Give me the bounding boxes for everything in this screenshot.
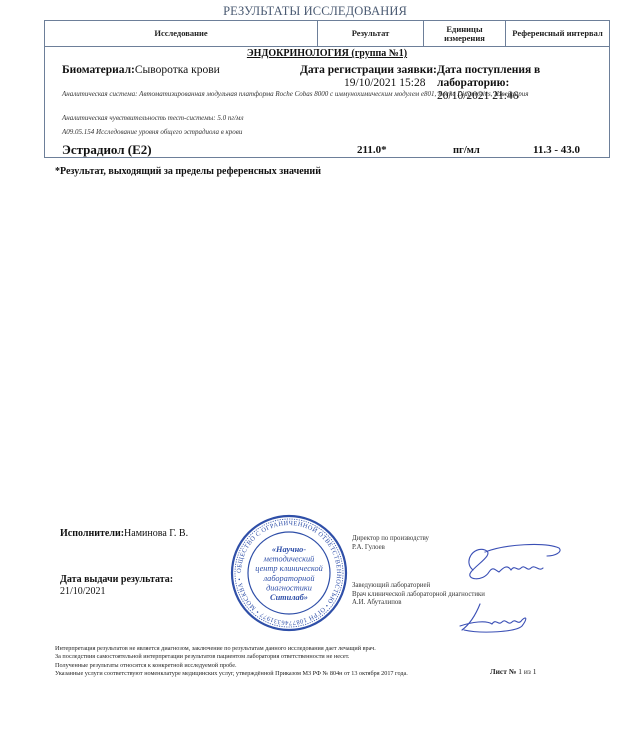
issue-date: Дата выдачи результата: 21/10/2021 <box>60 574 173 598</box>
header-units-line2: измерения <box>444 33 485 43</box>
performer-label: Исполнители: <box>60 528 124 539</box>
stamp-center-line: Ситилаб» <box>270 593 308 602</box>
registration-label: Дата регистрации заявки: <box>300 64 437 77</box>
header-units: Единицыизмерения <box>424 21 506 46</box>
registration-date: Дата регистрации заявки: 19/10/2021 15:2… <box>300 64 437 90</box>
received-label: Дата поступления в лабораторию: <box>437 64 609 90</box>
director-block: Директор по производству Р.А. Гулоев <box>352 535 429 552</box>
biomaterial: Биоматериал:Сыворотка крови <box>62 64 220 76</box>
document-title: РЕЗУЛЬТАТЫ ИССЛЕДОВАНИЯ <box>0 4 630 19</box>
performer: Исполнители:Наминова Г. В. <box>60 528 188 539</box>
header-reference: Референсный интервал <box>506 21 609 46</box>
lab-head-title: Заведующий лабораторией <box>352 582 485 591</box>
header-result: Результат <box>318 21 424 46</box>
director-signature-icon <box>455 542 565 584</box>
disclaimers: Интерпретация результатов не является ди… <box>55 645 408 678</box>
performer-value: Наминова Г. В. <box>124 528 188 539</box>
stamp-center-line: центр клинической <box>255 564 323 573</box>
analyte-reference: 11.3 - 43.0 <box>533 144 580 156</box>
analyte-name: Эстрадиол (E2) <box>62 142 152 158</box>
test-code: A09.05.154 Исследование уровня общего эс… <box>62 128 242 136</box>
biomaterial-value: Сыворотка крови <box>135 64 220 76</box>
registration-value: 19/10/2021 15:28 <box>300 77 437 90</box>
stamp-center-line: «Научно- <box>272 545 306 554</box>
analyte-units: пг/мл <box>453 145 480 156</box>
group-title: ЭНДОКРИНОЛОГИЯ (группа №1) <box>45 48 609 59</box>
table-header: Исследование Результат Единицыизмерения … <box>45 21 609 47</box>
stamp-center-line: методический <box>263 555 315 564</box>
stamp-center-line: лабораторной <box>262 574 315 583</box>
lab-stamp-icon: ОБЩЕСТВО С ОГРАНИЧЕННОЙ ОТВЕТСТВЕННОСТЬЮ… <box>229 513 349 633</box>
lab-head-position: Врач клинической лабораторной диагностик… <box>352 591 485 600</box>
sheet-value: 1 из 1 <box>518 667 536 676</box>
issue-date-label: Дата выдачи результата: <box>60 574 173 586</box>
header-study: Исследование <box>45 21 318 46</box>
sheet-number: Лист № 1 из 1 <box>490 667 536 676</box>
biomaterial-label: Биоматериал: <box>62 64 135 76</box>
results-table: Исследование Результат Единицыизмерения … <box>44 20 610 158</box>
analyte-result: 211.0* <box>357 144 387 156</box>
disclaimer-line: За последствия самостоятельной интерпрет… <box>55 653 408 661</box>
lab-head-signature-icon <box>452 600 532 636</box>
disclaimer-line: Полученные результаты относятся к конкре… <box>55 662 408 670</box>
out-of-range-footnote: *Результат, выходящий за пределы референ… <box>55 166 321 177</box>
stamp-center-line: диагностики <box>266 583 312 592</box>
sheet-label: Лист № <box>490 667 516 676</box>
sensitivity: Аналитическая чувствительность тест-сист… <box>62 114 244 122</box>
issue-date-value: 21/10/2021 <box>60 586 173 598</box>
analytic-system: Аналитическая система: Автоматизированна… <box>62 90 602 100</box>
disclaimer-line: Указанные услуги соответствуют номенклат… <box>55 670 408 678</box>
director-title: Директор по производству <box>352 535 429 544</box>
director-name: Р.А. Гулоев <box>352 544 429 553</box>
disclaimer-line: Интерпретация результатов не является ди… <box>55 645 408 653</box>
